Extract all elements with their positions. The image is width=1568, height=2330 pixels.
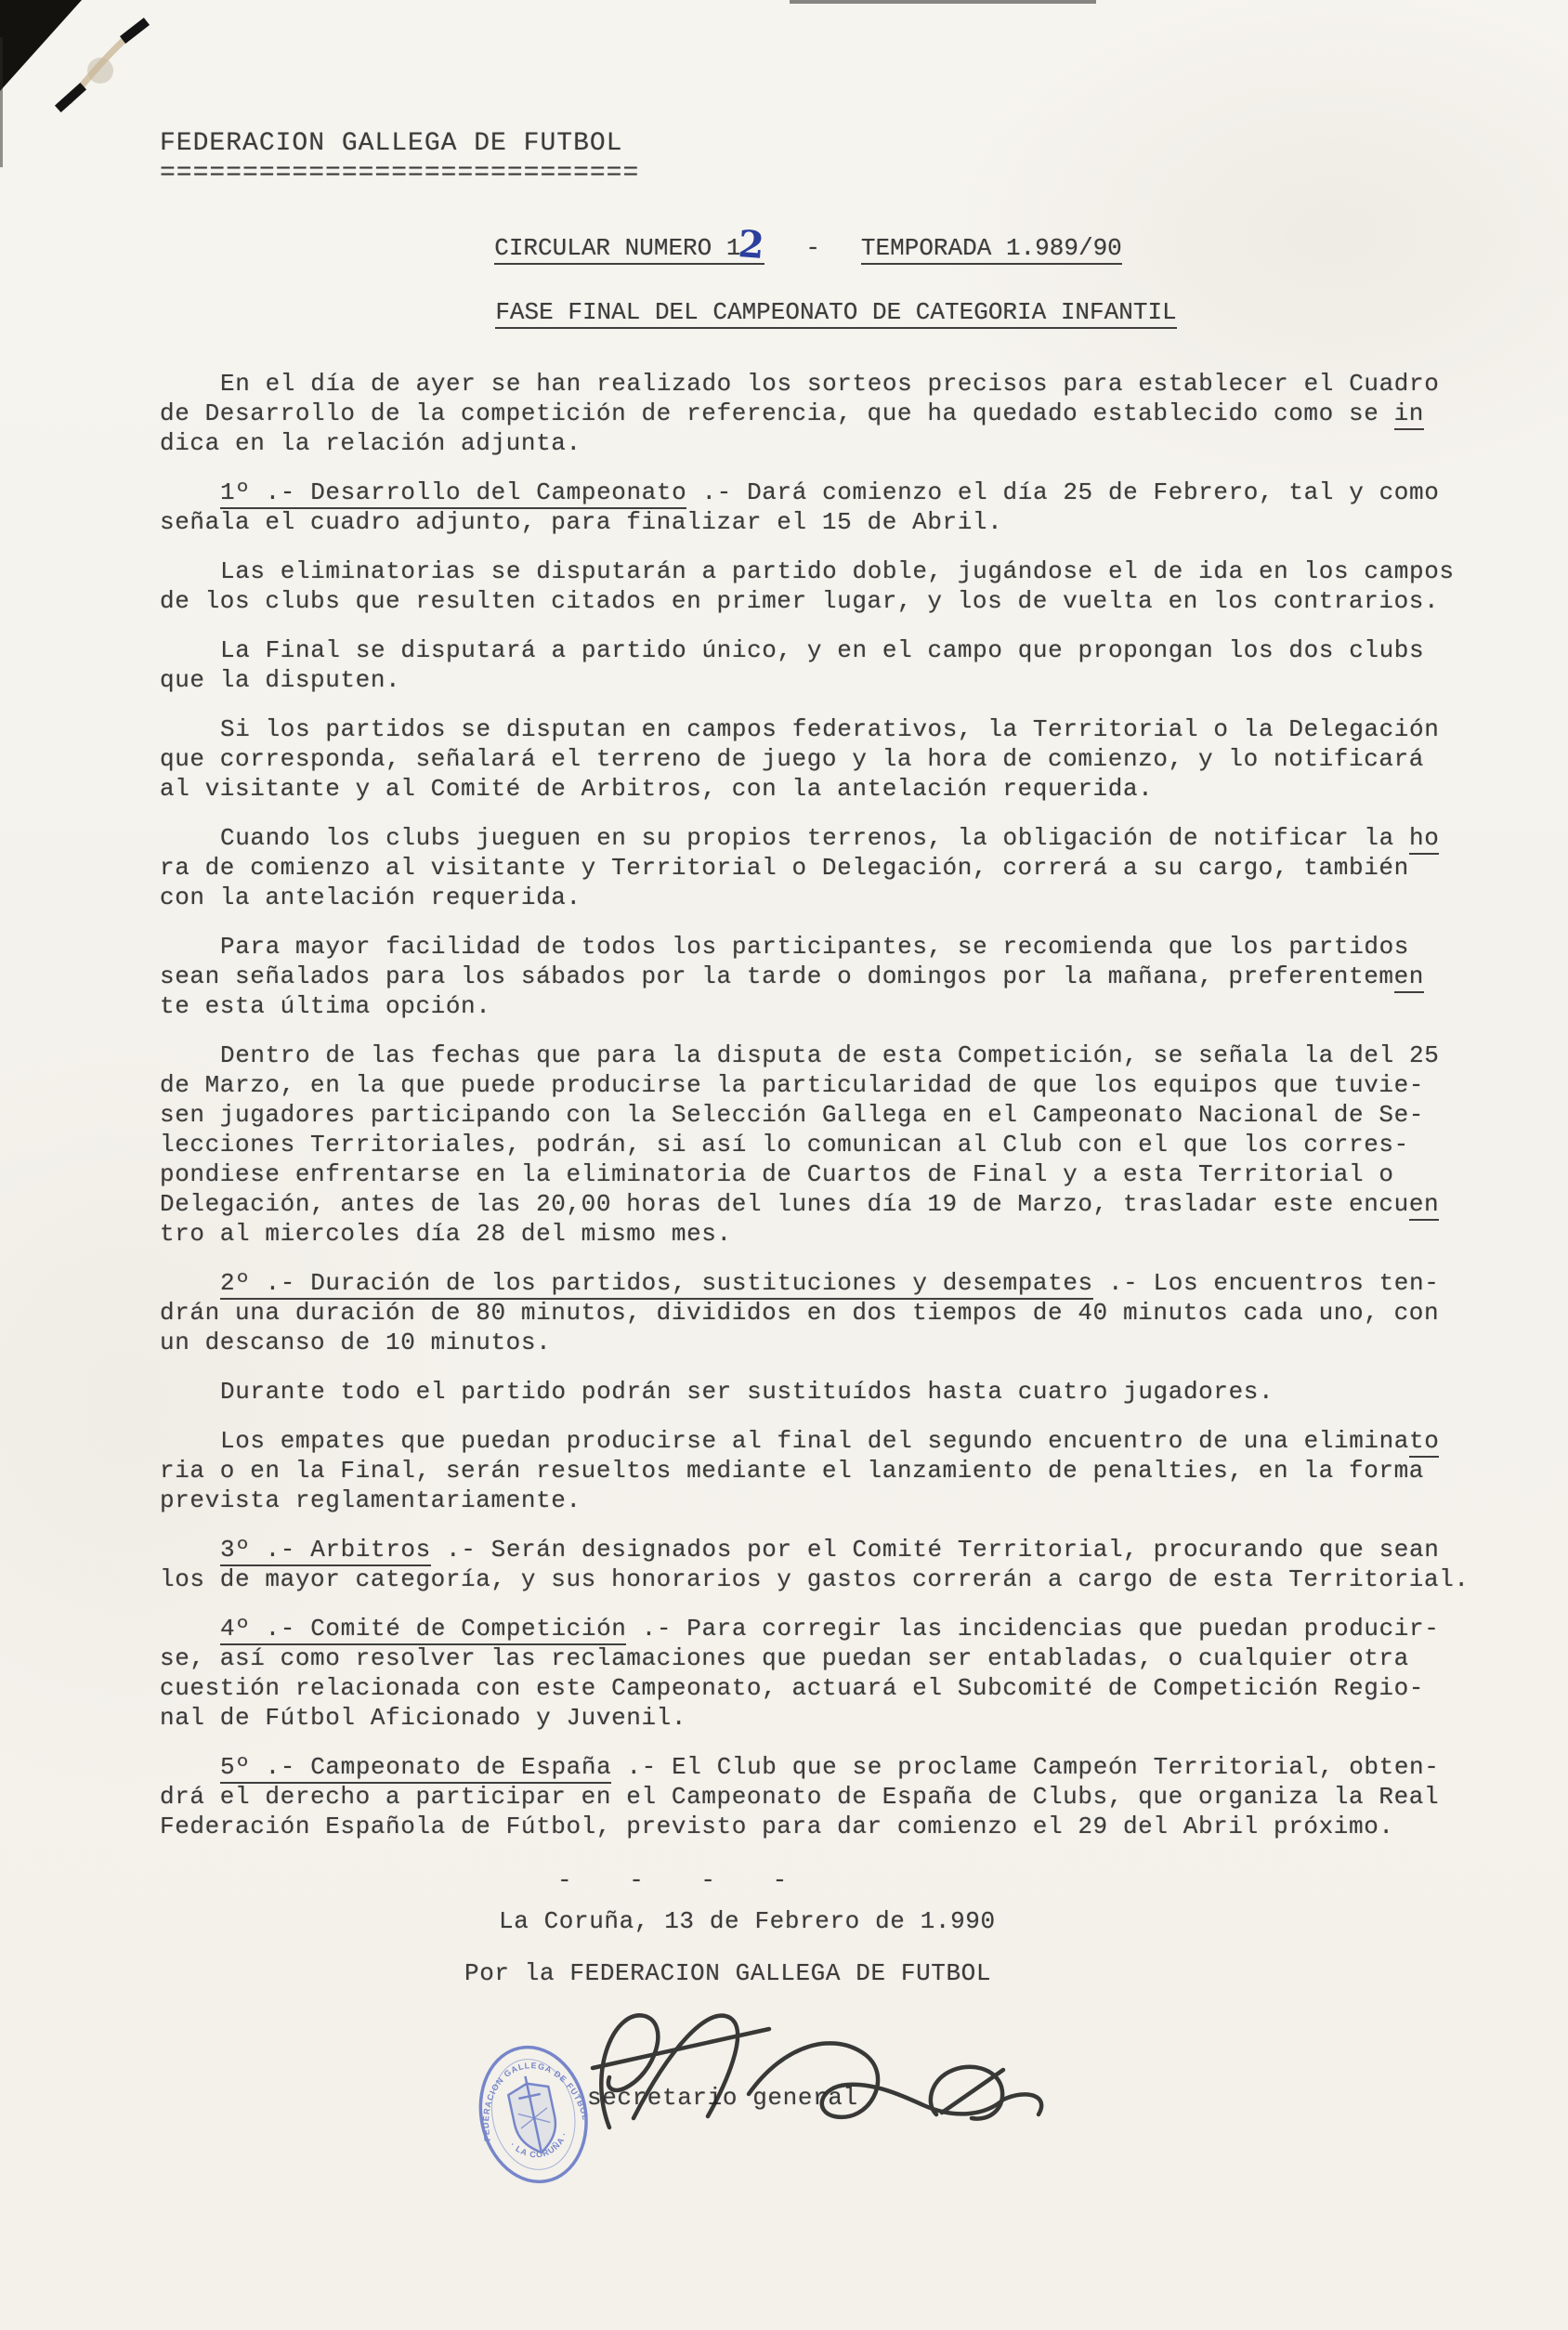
paragraph: 5º .- Campeonato de España .- El Club qu… bbox=[160, 1752, 1460, 1841]
staple-mark bbox=[48, 13, 160, 124]
paragraph: La Final se disputará a partido único, y… bbox=[160, 635, 1460, 695]
text-line: de Marzo, en la que puede producirse la … bbox=[160, 1070, 1460, 1100]
text-line: ria o en la Final, serán resueltos media… bbox=[160, 1456, 1460, 1486]
text-segment: .- Serán designados por el Comité Territ… bbox=[431, 1536, 1440, 1564]
text-segment: señala el cuadro adjunto, para finalizar… bbox=[160, 508, 1002, 536]
paragraph: 2º .- Duración de los partidos, sustituc… bbox=[160, 1268, 1460, 1357]
text-segment: ria o en la Final, serán resueltos media… bbox=[160, 1457, 1424, 1485]
paragraph: 1º .- Desarrollo del Campeonato .- Dará … bbox=[160, 478, 1460, 537]
text-line: señala el cuadro adjunto, para finalizar… bbox=[160, 507, 1460, 537]
text-segment: pondiese enfrentarse en la eliminatoria … bbox=[160, 1160, 1394, 1188]
text-line: Para mayor facilidad de todos los partic… bbox=[160, 932, 1460, 962]
circular-number-label: CIRCULAR NUMERO 12 bbox=[494, 234, 764, 265]
text-line: un descanso de 10 minutos. bbox=[160, 1328, 1460, 1357]
underlined-text: ho bbox=[1409, 824, 1439, 855]
underlined-text: 3º .- Arbitros bbox=[220, 1536, 431, 1566]
text-segment: de Desarrollo de la competición de refer… bbox=[160, 399, 1394, 427]
text-segment: que la disputen. bbox=[160, 666, 400, 694]
text-segment: En el día de ayer se han realizado los s… bbox=[220, 370, 1439, 398]
text-segment: un descanso de 10 minutos. bbox=[160, 1329, 551, 1356]
text-segment: Las eliminatorias se disputarán a partid… bbox=[220, 557, 1455, 585]
text-segment: que corresponda, señalará el terreno de … bbox=[160, 745, 1424, 773]
text-line: Delegación, antes de las 20,00 horas del… bbox=[160, 1189, 1460, 1219]
underlined-text: 1º .- Desarrollo del Campeonato bbox=[220, 478, 686, 509]
text-segment: .- Para corregir las incidencias que pue… bbox=[626, 1615, 1439, 1643]
text-segment: dica en la relación adjunta. bbox=[160, 429, 581, 457]
underlined-text: 4º .- Comité de Competición bbox=[220, 1615, 626, 1645]
text-segment: ra de comienzo al visitante y Territoria… bbox=[160, 854, 1409, 882]
text-segment: Durante todo el partido podrán ser susti… bbox=[220, 1378, 1274, 1406]
text-segment: .- Dará comienzo el día 25 de Febrero, t… bbox=[686, 478, 1439, 506]
text-segment: lecciones Territoriales, podrán, si así … bbox=[160, 1131, 1409, 1158]
text-line: de Desarrollo de la competición de refer… bbox=[160, 399, 1460, 428]
text-line: lecciones Territoriales, podrán, si así … bbox=[160, 1130, 1460, 1159]
text-line: con la antelación requerida. bbox=[160, 883, 1460, 912]
paragraph: Las eliminatorias se disputarán a partid… bbox=[160, 556, 1460, 616]
closing-dashes: - - - - bbox=[557, 1865, 1568, 1895]
season-label: TEMPORADA 1.989/90 bbox=[861, 234, 1122, 265]
text-line: pondiese enfrentarse en la eliminatoria … bbox=[160, 1159, 1460, 1189]
text-line: Dentro de las fechas que para la disputa… bbox=[160, 1041, 1460, 1070]
text-segment: .- Los encuentros ten- bbox=[1093, 1269, 1440, 1297]
text-line: los de mayor categoría, y sus honorarios… bbox=[160, 1564, 1460, 1594]
paragraph: 4º .- Comité de Competición .- Para corr… bbox=[160, 1614, 1460, 1733]
text-segment: Delegación, antes de las 20,00 horas del… bbox=[160, 1190, 1409, 1218]
text-segment: Si los partidos se disputan en campos fe… bbox=[220, 715, 1439, 743]
handwritten-number: 2 bbox=[738, 230, 765, 260]
text-line: drán una duración de 80 minutos, dividid… bbox=[160, 1298, 1460, 1328]
paragraph: 3º .- Arbitros .- Serán designados por e… bbox=[160, 1535, 1460, 1594]
letterhead-rule: ============================= bbox=[160, 160, 1457, 188]
text-segment: te esta última opción. bbox=[160, 992, 490, 1020]
text-segment: .- El Club que se proclame Campeón Terri… bbox=[611, 1753, 1439, 1781]
text-line: drá el derecho a participar en el Campeo… bbox=[160, 1782, 1460, 1812]
text-line: que la disputen. bbox=[160, 665, 1460, 695]
paragraph: Dentro de las fechas que para la disputa… bbox=[160, 1041, 1460, 1249]
text-segment: al visitante y al Comité de Arbitros, co… bbox=[160, 775, 1153, 803]
text-segment: los de mayor categoría, y sus honorarios… bbox=[160, 1565, 1470, 1593]
text-line: dica en la relación adjunta. bbox=[160, 428, 1460, 458]
paragraph: Los empates que puedan producirse al fin… bbox=[160, 1426, 1460, 1515]
text-segment: con la antelación requerida. bbox=[160, 884, 581, 911]
text-segment: se, así como resolver las reclamaciones … bbox=[160, 1644, 1409, 1672]
underlined-text: to bbox=[1409, 1427, 1439, 1458]
text-segment: Cuando los clubs jueguen en su propios t… bbox=[220, 824, 1409, 852]
letterhead-title: FEDERACION GALLEGA DE FUTBOL bbox=[160, 128, 1457, 160]
text-segment: tro al miercoles día 28 del mismo mes. bbox=[160, 1220, 732, 1248]
text-line: 3º .- Arbitros .- Serán designados por e… bbox=[160, 1535, 1460, 1564]
circular-title-line: CIRCULAR NUMERO 12-TEMPORADA 1.989/90 bbox=[160, 229, 1457, 267]
text-line: Durante todo el partido podrán ser susti… bbox=[160, 1377, 1460, 1407]
text-line: Los empates que puedan producirse al fin… bbox=[160, 1426, 1460, 1456]
text-segment: Los empates que puedan producirse al fin… bbox=[220, 1427, 1409, 1455]
scan-edge-top bbox=[790, 0, 1096, 4]
text-segment: Federación Española de Fútbol, previsto … bbox=[160, 1813, 1394, 1840]
title-separator: - bbox=[805, 234, 820, 262]
underlined-text: in bbox=[1394, 399, 1424, 430]
paragraph: En el día de ayer se han realizado los s… bbox=[160, 369, 1460, 458]
text-segment: de los clubs que resulten citados en pri… bbox=[160, 587, 1439, 615]
text-line: te esta última opción. bbox=[160, 991, 1460, 1021]
text-segment: cuestión relacionada con este Campeonato… bbox=[160, 1674, 1424, 1702]
text-segment: La Final se disputará a partido único, y… bbox=[220, 636, 1424, 664]
text-segment: Para mayor facilidad de todos los partic… bbox=[220, 933, 1409, 961]
text-line: La Final se disputará a partido único, y… bbox=[160, 635, 1460, 665]
text-line: sean señalados para los sábados por la t… bbox=[160, 962, 1460, 991]
signature bbox=[567, 1977, 1087, 2153]
text-line: que corresponda, señalará el terreno de … bbox=[160, 744, 1460, 774]
text-line: 5º .- Campeonato de España .- El Club qu… bbox=[160, 1752, 1460, 1782]
document-body: En el día de ayer se han realizado los s… bbox=[160, 369, 1460, 1841]
text-segment: drá el derecho a participar en el Campeo… bbox=[160, 1783, 1439, 1811]
text-segment: Dentro de las fechas que para la disputa… bbox=[220, 1041, 1439, 1069]
text-segment: de Marzo, en la que puede producirse la … bbox=[160, 1071, 1424, 1099]
text-line: Federación Española de Fútbol, previsto … bbox=[160, 1812, 1460, 1841]
text-line: ra de comienzo al visitante y Territoria… bbox=[160, 853, 1460, 883]
text-line: prevista reglamentariamente. bbox=[160, 1486, 1460, 1515]
text-line: cuestión relacionada con este Campeonato… bbox=[160, 1673, 1460, 1703]
underlined-text: 2º .- Duración de los partidos, sustituc… bbox=[220, 1269, 1093, 1300]
underlined-text: en bbox=[1394, 962, 1424, 993]
text-segment: sen jugadores participando con la Selecc… bbox=[160, 1101, 1424, 1129]
text-segment: drán una duración de 80 minutos, dividid… bbox=[160, 1299, 1439, 1327]
text-line: Cuando los clubs jueguen en su propios t… bbox=[160, 823, 1460, 853]
circular-label-text: CIRCULAR NUMERO 1 bbox=[494, 234, 740, 262]
paragraph: Cuando los clubs jueguen en su propios t… bbox=[160, 823, 1460, 912]
subtitle-text: FASE FINAL DEL CAMPEONATO DE CATEGORIA I… bbox=[495, 298, 1176, 329]
paragraph: Durante todo el partido podrán ser susti… bbox=[160, 1377, 1460, 1407]
document-subtitle: FASE FINAL DEL CAMPEONATO DE CATEGORIA I… bbox=[216, 296, 1457, 328]
text-line: nal de Fútbol Aficionado y Juvenil. bbox=[160, 1703, 1460, 1733]
scan-edge-left bbox=[0, 37, 3, 167]
underlined-text: en bbox=[1409, 1190, 1439, 1221]
paragraph: Para mayor facilidad de todos los partic… bbox=[160, 932, 1460, 1021]
text-segment: nal de Fútbol Aficionado y Juvenil. bbox=[160, 1704, 686, 1732]
dateline: La Coruña, 13 de Febrero de 1.990 bbox=[499, 1906, 1568, 1936]
text-line: 2º .- Duración de los partidos, sustituc… bbox=[160, 1268, 1460, 1298]
text-line: sen jugadores participando con la Selecc… bbox=[160, 1100, 1460, 1130]
text-line: 4º .- Comité de Competición .- Para corr… bbox=[160, 1614, 1460, 1643]
text-segment: prevista reglamentariamente. bbox=[160, 1486, 581, 1514]
text-line: se, así como resolver las reclamaciones … bbox=[160, 1643, 1460, 1673]
text-line: de los clubs que resulten citados en pri… bbox=[160, 586, 1460, 616]
text-line: 1º .- Desarrollo del Campeonato .- Dará … bbox=[160, 478, 1460, 507]
text-segment: sean señalados para los sábados por la t… bbox=[160, 962, 1394, 990]
text-line: al visitante y al Comité de Arbitros, co… bbox=[160, 774, 1460, 804]
text-line: tro al miercoles día 28 del mismo mes. bbox=[160, 1219, 1460, 1249]
text-line: Las eliminatorias se disputarán a partid… bbox=[160, 556, 1460, 586]
text-line: En el día de ayer se han realizado los s… bbox=[160, 369, 1460, 399]
document-page: FEDERACION GALLEGA DE FUTBOL ===========… bbox=[0, 0, 1568, 2330]
paragraph: Si los partidos se disputan en campos fe… bbox=[160, 714, 1460, 804]
underlined-text: 5º .- Campeonato de España bbox=[220, 1753, 611, 1784]
text-line: Si los partidos se disputan en campos fe… bbox=[160, 714, 1460, 744]
